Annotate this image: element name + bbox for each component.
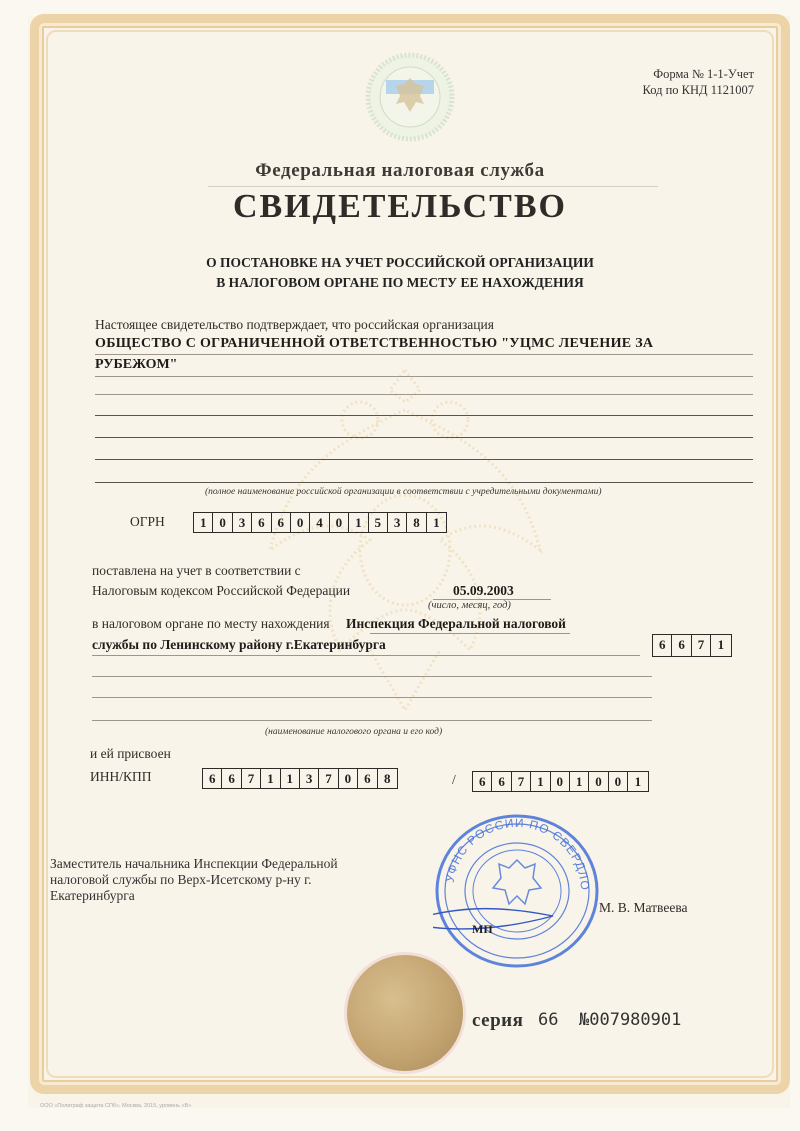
rule (92, 655, 640, 656)
inn-digit: 6 (222, 769, 241, 788)
inn-digit: 6 (358, 769, 377, 788)
document-title: СВИДЕТЕЛЬСТВО (0, 188, 800, 226)
date-caption: (число, месяц, год) (428, 600, 511, 611)
inn-kpp-label: ИНН/КПП (90, 769, 152, 785)
ogrn-digit: 0 (330, 513, 349, 532)
rule (95, 459, 753, 460)
printer-imprint: ООО «Полиграф защита СПб», Москва, 2015,… (40, 1103, 191, 1109)
knd-code: Код по КНД 1121007 (643, 82, 754, 98)
intro-text: Настоящее свидетельство подтверждает, чт… (95, 317, 494, 333)
rule (92, 697, 652, 698)
authority-line-2: службы по Ленинскому району г.Екатеринбу… (92, 637, 386, 653)
ogrn-digit: 1 (194, 513, 213, 532)
gold-hologram-seal (347, 955, 463, 1071)
ogrn-digit: 6 (252, 513, 271, 532)
form-identifier: Форма № 1-1-Учет Код по КНД 1121007 (643, 66, 754, 98)
ogrn-digit: 5 (369, 513, 388, 532)
inn-digit: 3 (300, 769, 319, 788)
official-stamp-icon: УФНС РОССИИ ПО СВЕРДЛОВСКОЙ ОБЛАСТИ (433, 812, 601, 970)
inn-digit: 7 (319, 769, 338, 788)
kpp-digit: 0 (609, 772, 628, 791)
inn-digit: 8 (378, 769, 397, 788)
kpp-boxes: 667101001 (472, 771, 649, 792)
stamp-place-label: МП (472, 922, 493, 937)
ogrn-digit: 1 (427, 513, 446, 532)
agency-name: Федеральная налоговая служба (0, 160, 800, 182)
ogrn-digit: 8 (407, 513, 426, 532)
rule (92, 720, 652, 721)
kpp-digit: 1 (531, 772, 550, 791)
inn-digit: 1 (281, 769, 300, 788)
authority-code-digit: 6 (653, 635, 672, 656)
signer-position: Заместитель начальника Инспекции Федерал… (50, 856, 370, 904)
rule (95, 354, 753, 355)
inn-boxes: 6671137068 (202, 768, 398, 789)
document-subtitle: О ПОСТАНОВКЕ НА УЧЕТ РОССИЙСКОЙ ОРГАНИЗА… (0, 253, 800, 293)
rule (95, 394, 753, 395)
kpp-digit: 1 (570, 772, 589, 791)
kpp-digit: 7 (512, 772, 531, 791)
kpp-digit: 0 (551, 772, 570, 791)
signer-name: М. В. Матвеева (599, 900, 688, 916)
org-name-line-1: ОБЩЕСТВО С ОГРАНИЧЕННОЙ ОТВЕТСТВЕННОСТЬЮ… (95, 336, 653, 352)
authority-code-boxes: 6671 (652, 634, 732, 657)
kpp-digit: 0 (589, 772, 608, 791)
inn-digit: 0 (339, 769, 358, 788)
ogrn-digit: 0 (213, 513, 232, 532)
org-name-caption: (полное наименование российской организа… (205, 487, 601, 497)
rule (95, 482, 753, 483)
kpp-digit: 1 (628, 772, 647, 791)
series-value: 66 (538, 1010, 558, 1030)
form-number: Форма № 1-1-Учет (643, 66, 754, 82)
ogrn-digit: 3 (388, 513, 407, 532)
ogrn-digit: 4 (310, 513, 329, 532)
registration-line-2: Налоговым кодексом Российской Федерации (92, 583, 350, 599)
inn-kpp-separator: / (452, 772, 456, 788)
ogrn-digit: 0 (291, 513, 310, 532)
rule (370, 633, 570, 634)
ogrn-digit: 1 (349, 513, 368, 532)
inn-digit: 6 (203, 769, 222, 788)
kpp-digit: 6 (473, 772, 492, 791)
svg-text:УФНС РОССИИ ПО СВЕРДЛОВСКОЙ ОБ: УФНС РОССИИ ПО СВЕРДЛОВСКОЙ ОБЛАСТИ (433, 812, 592, 891)
ogrn-boxes: 1036604015381 (193, 512, 447, 533)
subtitle-line-2: В НАЛОГОВОМ ОРГАНЕ ПО МЕСТУ ЕЕ НАХОЖДЕНИ… (0, 273, 800, 293)
authority-caption: (наименование налогового органа и его ко… (265, 727, 442, 737)
registration-line-1: поставлена на учет в соответствии с (92, 563, 301, 579)
ogrn-digit: 3 (233, 513, 252, 532)
rule (92, 676, 652, 677)
subtitle-line-1: О ПОСТАНОВКЕ НА УЧЕТ РОССИЙСКОЙ ОРГАНИЗА… (0, 253, 800, 273)
rule (95, 376, 753, 377)
divider (208, 186, 658, 187)
kpp-digit: 6 (492, 772, 511, 791)
eagle-watermark-icon (250, 350, 560, 730)
ogrn-label: ОГРН (130, 514, 165, 530)
authority-code-digit: 1 (711, 635, 730, 656)
authority-line-1: Инспекция Федеральной налоговой (346, 616, 566, 632)
serial-number: №007980901 (579, 1010, 681, 1030)
rule (95, 437, 753, 438)
registration-date: 05.09.2003 (453, 583, 514, 599)
fns-emblem-icon (360, 52, 460, 142)
rule (95, 415, 753, 416)
inn-digit: 7 (242, 769, 261, 788)
authority-code-digit: 7 (692, 635, 711, 656)
ogrn-digit: 6 (272, 513, 291, 532)
org-name-line-2: РУБЕЖОМ" (95, 357, 177, 373)
assigned-text: и ей присвоен (90, 746, 171, 762)
authority-code-digit: 6 (672, 635, 691, 656)
authority-intro: в налоговом органе по месту нахождения (92, 616, 330, 632)
inn-digit: 1 (261, 769, 280, 788)
series-label: серия (472, 1010, 523, 1032)
